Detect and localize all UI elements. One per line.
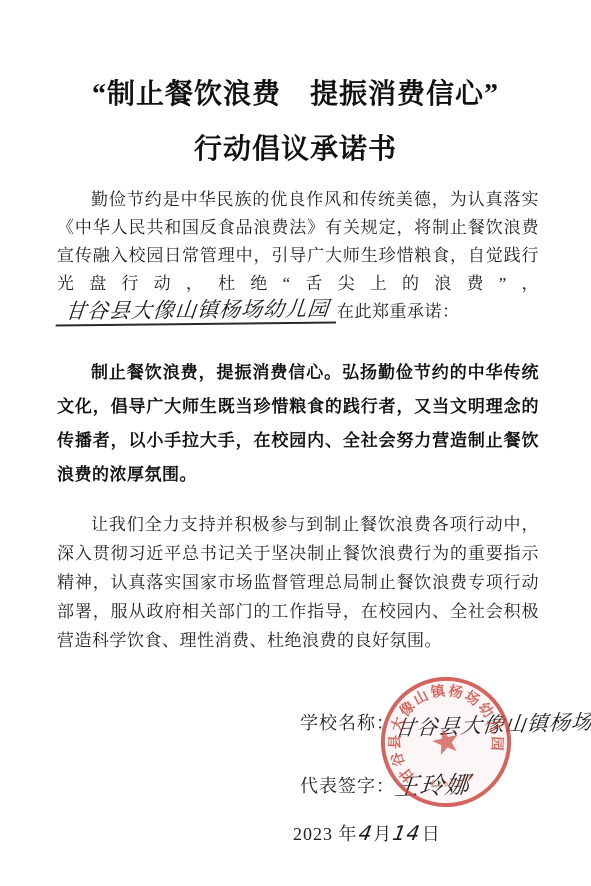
- school-name-handwriting: 甘谷县大像山镇杨场幼儿园: [393, 703, 591, 742]
- page-title-line1: “制止餐饮浪费 提振消费信心”: [0, 72, 591, 112]
- intro-printed-text: 勤俭节约是中华民族的优良作风和传统美德，为认真落实《中华人民共和国反食品浪费法》…: [57, 190, 539, 293]
- date-line: 2023 年4月14日: [293, 820, 441, 846]
- representative-signature-label: 代表签字：: [300, 776, 395, 796]
- representative-signature-handwriting: 王玲娜: [393, 765, 472, 803]
- paragraph-intro: 勤俭节约是中华民族的优良作风和传统美德，为认真落实《中华人民共和国反食品浪费法》…: [57, 186, 539, 326]
- page-title-line2: 行动倡议承诺书: [0, 127, 591, 167]
- school-name-label: 学校名称：: [300, 713, 395, 733]
- date-month-unit: 月: [373, 824, 392, 844]
- school-name-line: 学校名称：甘谷县大像山镇杨场幼儿园: [300, 708, 591, 738]
- pledge-document-page: “制止餐饮浪费 提振消费信心” 行动倡议承诺书 勤俭节约是中华民族的优良作风和传…: [0, 0, 591, 886]
- handwritten-school-name-blank: 甘谷县大像山镇杨场幼儿园: [56, 297, 339, 327]
- intro-commitment-lead: 在此郑重承诺：: [337, 302, 460, 321]
- date-day-unit: 日: [422, 824, 441, 844]
- date-year: 2023 年: [293, 824, 358, 844]
- representative-signature-line: 代表签字：王玲娜: [300, 766, 470, 801]
- paragraph-action: 让我们全力支持并积极参与到制止餐饮浪费各项行动中，深入贯彻习近平总书记关于坚决制…: [57, 510, 539, 655]
- date-day-handwriting: 14: [390, 821, 424, 845]
- paragraph-pledge-bold: 制止餐饮浪费，提振消费信心。弘扬勤俭节约的中华传统文化，倡导广大师生既当珍惜粮食…: [57, 356, 539, 492]
